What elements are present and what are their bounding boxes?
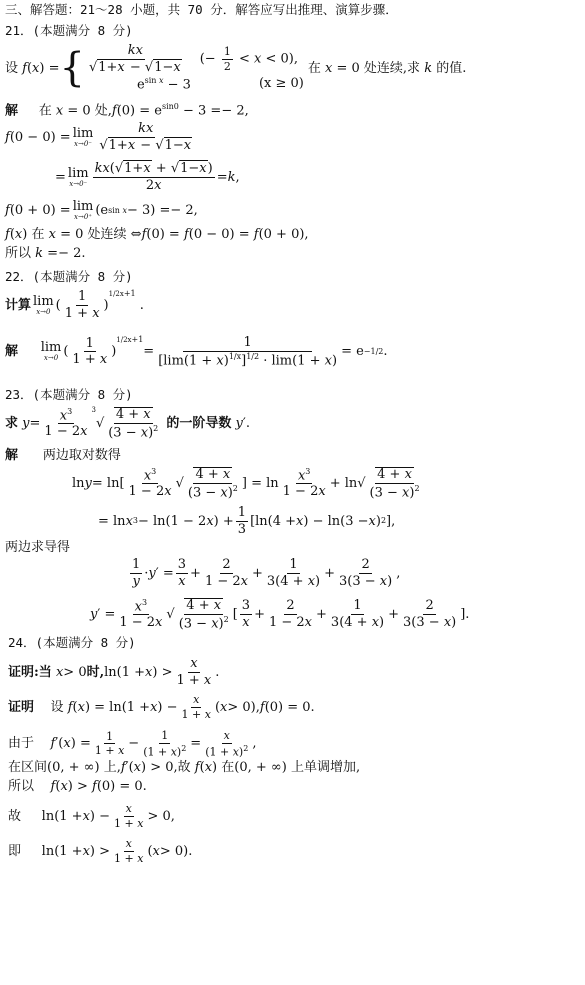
p21-suffix: 在 x = 0 处连续,求 k 的值.	[308, 62, 467, 75]
fx-arg: (x) =	[27, 62, 60, 75]
p21-sol-line-6: 所以 k =− 2.	[5, 247, 86, 260]
p24-proof-line-6: 即 ln(1 + x) > x1 + x(x > 0).	[8, 838, 192, 864]
case1-num: kx	[126, 44, 145, 60]
problem-21-header: 21．(本题满分 8 分)	[5, 25, 133, 38]
problem-24-header: 24．(本题满分 8 分)	[8, 637, 136, 650]
section-heading: 三、解答题：21～28 小题，共 70 分．解答应写出推理、演算步骤．	[5, 4, 398, 17]
case2-expr: esin x − 3	[137, 77, 191, 91]
p21-she: 设	[5, 62, 22, 75]
p23-derive-label: 两边求导得	[5, 541, 70, 554]
problem-21-statement: 设 f(x) = { kx √1+x − √1−x (− 12 < x < 0)…	[5, 43, 466, 93]
p21-sol-line-4: f(0 + 0) = limx→0⁺(esin x − 3) =− 2,	[5, 200, 198, 221]
case1-fraction: kx √1+x − √1−x	[87, 44, 184, 74]
p24-proof-line-4: 所以 f(x) > f(0) = 0.	[8, 780, 147, 793]
case1-cond: (− 12 < x < 0),	[200, 46, 298, 72]
p21-sol-line-5: f(x) 在 x = 0 处连续 ⇔f(0) = f(0 − 0) = f(0 …	[5, 228, 309, 241]
p24-proof-line-3: 在区间(0, + ∞) 上,f′(x) > 0,故 f(x) 在(0, + ∞)…	[8, 761, 360, 774]
piecewise-cases: kx √1+x − √1−x (− 12 < x < 0), esin x − …	[85, 44, 304, 92]
case2-cond: (x ≥ 0)	[259, 77, 304, 91]
p24-proof-line-5: 故 ln(1 + x) − x1 + x > 0,	[8, 803, 175, 829]
problem-24-statement: 证明:当 x > 0 时,ln(1 + x) > x1 + x.	[8, 657, 219, 687]
p21-sol-line-3: = limx→0⁻ kx(√1+x + √1−x)2x = k,	[55, 162, 240, 192]
case1-den: √1+x − √1−x	[87, 60, 184, 75]
p23-sol-line-2: = lnx3 − ln(1 − 2x) + 13[ln(4 + x) − ln(…	[98, 506, 395, 536]
problem-23-statement: 求 y = x31 − 2x 3√4 + x(3 − x)2 的一阶导数 y′.	[5, 407, 250, 440]
problem-23-header: 23．(本题满分 8 分)	[5, 389, 133, 402]
case-1: kx √1+x − √1−x (− 12 < x < 0),	[85, 44, 304, 74]
problem-22-header: 22．(本题满分 8 分)	[5, 271, 133, 284]
p24-proof-line-2: 由于 f′(x) = 11 + x − 1(1 + x)2 = x(1 + x)…	[8, 730, 256, 758]
case-2: esin x − 3 (x ≥ 0)	[85, 77, 304, 91]
p23-sol-line-1: ln y = ln[x31 − 2x √4 + x(3 − x)2] = ln …	[72, 467, 424, 500]
p21-sol-line-2: f(0 − 0) = limx→0⁻ kx√1+x − √1−x	[5, 122, 196, 152]
p23-sol-line-4: y′ = x31 − 2x √4 + x(3 − x)2[ 3x + 21 − …	[90, 598, 469, 631]
left-brace: {	[59, 48, 84, 88]
solution-label: 解	[5, 103, 18, 118]
problem-22-solution: 解 limx→0(11 + x)1/2x+1 = 1[lim(1 + x)1/x…	[5, 336, 388, 368]
p23-sol-line-3: 1y · y′ = 3x + 21 − 2x + 13(4 + x) + 23(…	[128, 558, 400, 588]
p21-sol-line-1: 解 在 x = 0 处,f(0) = esin0 − 3 =− 2,	[5, 103, 249, 117]
problem-23-sol-intro: 解 两边取对数得	[5, 449, 121, 462]
p24-proof-line-1: 证明 设 f(x) = ln(1 + x) − x1 + x(x > 0), f…	[8, 694, 315, 720]
problem-22-statement: 计算limx→0(11 + x)1/2x+1 .	[5, 290, 144, 320]
